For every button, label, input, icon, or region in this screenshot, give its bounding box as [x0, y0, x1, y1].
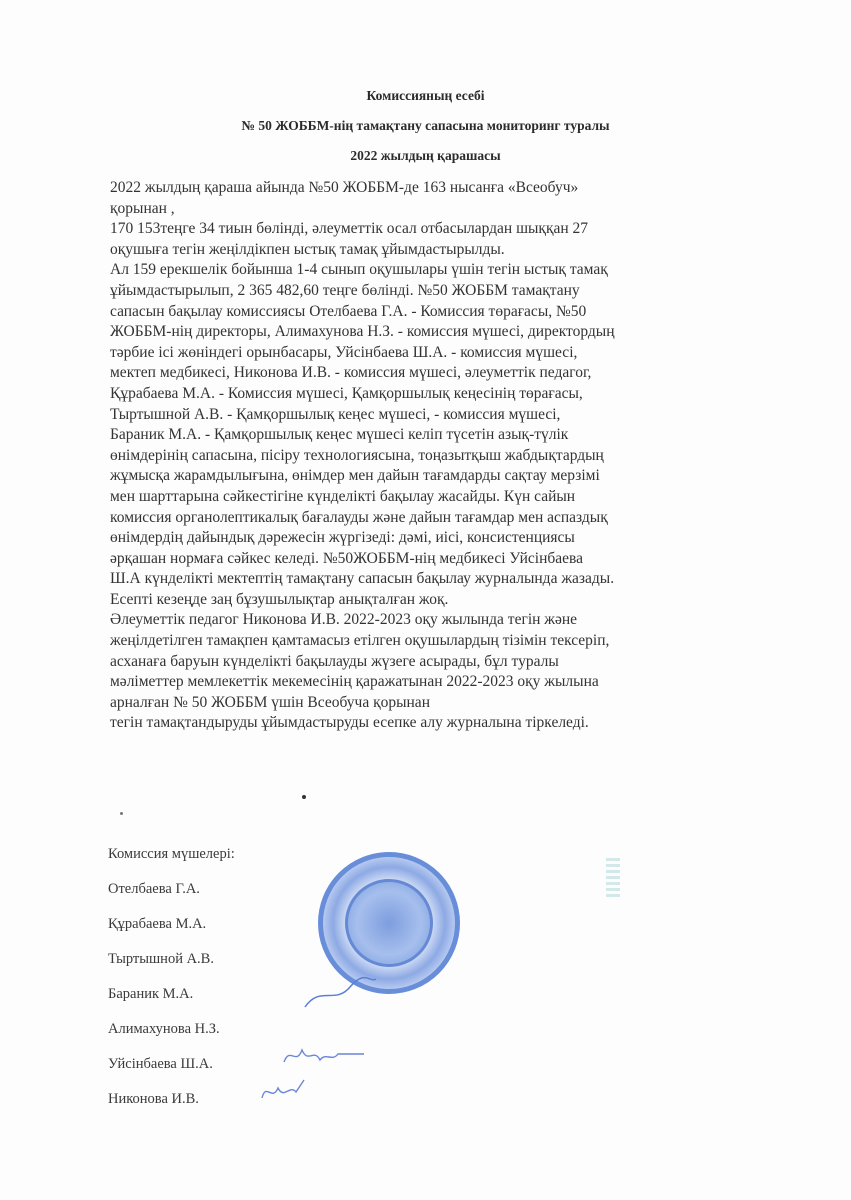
body-line: әрқашан нормаға сәйкес келеді. №50ЖОББМ-… — [110, 549, 790, 570]
body-line: арналған № 50 ЖОББМ үшін Всеобуча қорына… — [110, 693, 790, 714]
body-line: Есепті кезеңде заң бұзушылықтар анықталғ… — [110, 590, 790, 611]
body-line: мен шарттарына сәйкестігіне күнделікті б… — [110, 487, 790, 508]
body-line: жұмысқа жарамдылығына, өнімдер мен дайын… — [110, 466, 790, 487]
body-line: өнімдердің дайындық дәрежесін жүргізеді:… — [110, 528, 790, 549]
body-line: тегін тамақтандыруды ұйымдастыруды есепк… — [110, 713, 790, 734]
body-line: жеңілдетілген тамақпен қамтамасыз етілге… — [110, 631, 790, 652]
document-title: Комиссияның есебі — [0, 88, 851, 104]
body-line: ЖОББМ-нің директоры, Алимахунова Н.З. - … — [110, 322, 790, 343]
body-line: оқушыға тегін жеңілдікпен ыстық тамақ ұй… — [110, 240, 790, 261]
body-line: Құрабаева М.А. - Комиссия мүшесі, Қамқор… — [110, 384, 790, 405]
ink-dot — [302, 795, 306, 799]
stamp-emblem-icon — [345, 879, 433, 967]
body-line: сапасын бақылау комиссиясы Отелбаева Г.А… — [110, 302, 790, 323]
signature-member: Отелбаева Г.А. — [108, 881, 200, 898]
official-stamp-icon — [318, 852, 460, 994]
signatures-heading: Комиссия мүшелері: — [108, 846, 235, 863]
body-line: мәліметтер мемлекеттік мекемесінің қараж… — [110, 672, 790, 693]
signature-scribble-icon — [280, 1042, 370, 1072]
body-line: асханаға баруын күнделікті бақылауды жүз… — [110, 652, 790, 673]
signature-member: Уйсінбаева Ш.А. — [108, 1056, 213, 1073]
body-line: Ш.А күнделікті мектептің тамақтану сапас… — [110, 569, 790, 590]
faint-stamp-mark — [606, 858, 620, 898]
signature-member: Құрабаева М.А. — [108, 916, 206, 933]
document-page: Комиссияның есебі № 50 ЖОББМ-нің тамақта… — [0, 0, 851, 1200]
document-subtitle: № 50 ЖОББМ-нің тамақтану сапасына монито… — [0, 118, 851, 134]
body-line: Әлеуметтік педагог Никонова И.В. 2022-20… — [110, 610, 790, 631]
body-line: Тыртышной А.В. - Қамқоршылық кеңес мүшес… — [110, 405, 790, 426]
body-line: Бараник М.А. - Қамқоршылық кеңес мүшесі … — [110, 425, 790, 446]
body-line: 2022 жылдың қараша айында №50 ЖОББМ-де 1… — [110, 178, 790, 199]
body-line: тәрбие ісі жөніндегі орынбасары, Уйсінба… — [110, 343, 790, 364]
body-line: Ал 159 ерекшелік бойынша 1-4 сынып оқушы… — [110, 260, 790, 281]
signature-member: Никонова И.В. — [108, 1091, 199, 1108]
ink-dot — [120, 812, 123, 815]
body-line: ұйымдастырылып, 2 365 482,60 теңге бөлін… — [110, 281, 790, 302]
body-line: 170 153теңге 34 тиын бөлінді, әлеуметтік… — [110, 219, 790, 240]
document-date: 2022 жылдың қарашасы — [0, 148, 851, 164]
body-line: мектеп медбикесі, Никонова И.В. - комисс… — [110, 363, 790, 384]
body-line: комиссия органолептикалық бағалауды және… — [110, 508, 790, 529]
signature-member: Бараник М.А. — [108, 986, 193, 1003]
signature-member: Алимахунова Н.З. — [108, 1021, 220, 1038]
body-line: өнімдерінің сапасына, пісіру технологияс… — [110, 446, 790, 467]
signature-scribble-icon — [258, 1076, 308, 1106]
report-body: 2022 жылдың қараша айында №50 ЖОББМ-де 1… — [110, 178, 790, 734]
body-line: қорынан , — [110, 199, 790, 220]
signature-scribble-icon — [300, 975, 380, 1015]
signature-member: Тыртышной А.В. — [108, 951, 214, 968]
